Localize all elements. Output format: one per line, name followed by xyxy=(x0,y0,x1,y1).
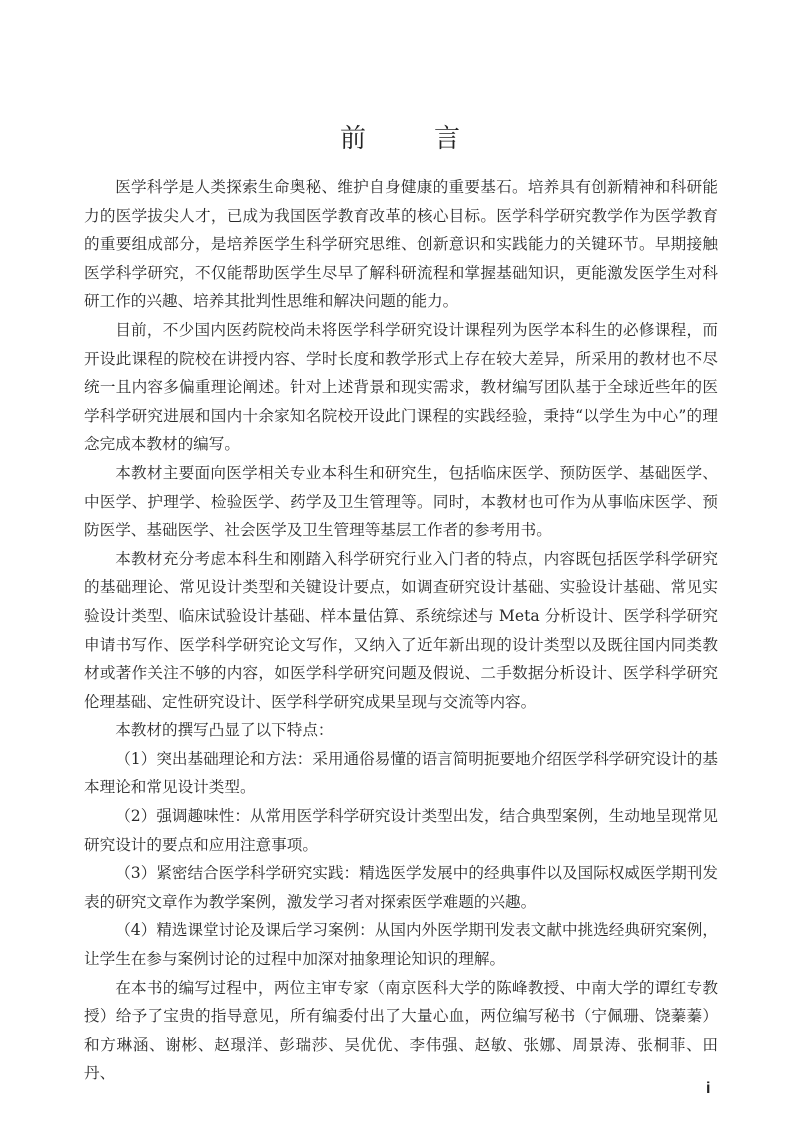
paragraph-2: 目前，不少国内医药院校尚未将医学科学研究设计课程列为医学本科生的必修课程，而开设… xyxy=(84,316,718,459)
page-title: 前言 xyxy=(0,118,800,155)
paragraph-4: 本教材充分考虑本科生和刚踏入科学研究行业入门者的特点，内容既包括医学科学研究的基… xyxy=(84,545,718,717)
feature-item-4: （4）精选课堂讨论及课后学习案例：从国内外医学期刊发表文献中挑选经典研究案例，让… xyxy=(84,916,718,973)
title-char-2: 言 xyxy=(434,118,460,155)
page-number: i xyxy=(706,1080,710,1098)
preface-body: 医学科学是人类探索生命奥秘、维护自身健康的重要基石。培养具有创新精神和科研能力的… xyxy=(84,173,718,1088)
title-char-1: 前 xyxy=(340,118,366,155)
feature-item-2: （2）强调趣味性：从常用医学科学研究设计类型出发，结合典型案例，生动地呈现常见研… xyxy=(84,802,718,859)
feature-item-3: （3）紧密结合医学科学研究实践：精选医学发展中的经典事件以及国际权威医学期刊发表… xyxy=(84,859,718,916)
paragraph-1: 医学科学是人类探索生命奥秘、维护自身健康的重要基石。培养具有创新精神和科研能力的… xyxy=(84,173,718,316)
paragraph-5: 本教材的撰写凸显了以下特点： xyxy=(84,716,718,745)
feature-item-1: （1）突出基础理论和方法：采用通俗易懂的语言简明扼要地介绍医学科学研究设计的基本… xyxy=(84,745,718,802)
document-page: 前言 医学科学是人类探索生命奥秘、维护自身健康的重要基石。培养具有创新精神和科研… xyxy=(0,0,800,1146)
paragraph-acknowledgement: 在本书的编写过程中，两位主审专家（南京医科大学的陈峰教授、中南大学的谭红专教授）… xyxy=(84,974,718,1088)
paragraph-3: 本教材主要面向医学相关专业本科生和研究生，包括临床医学、预防医学、基础医学、中医… xyxy=(84,459,718,545)
